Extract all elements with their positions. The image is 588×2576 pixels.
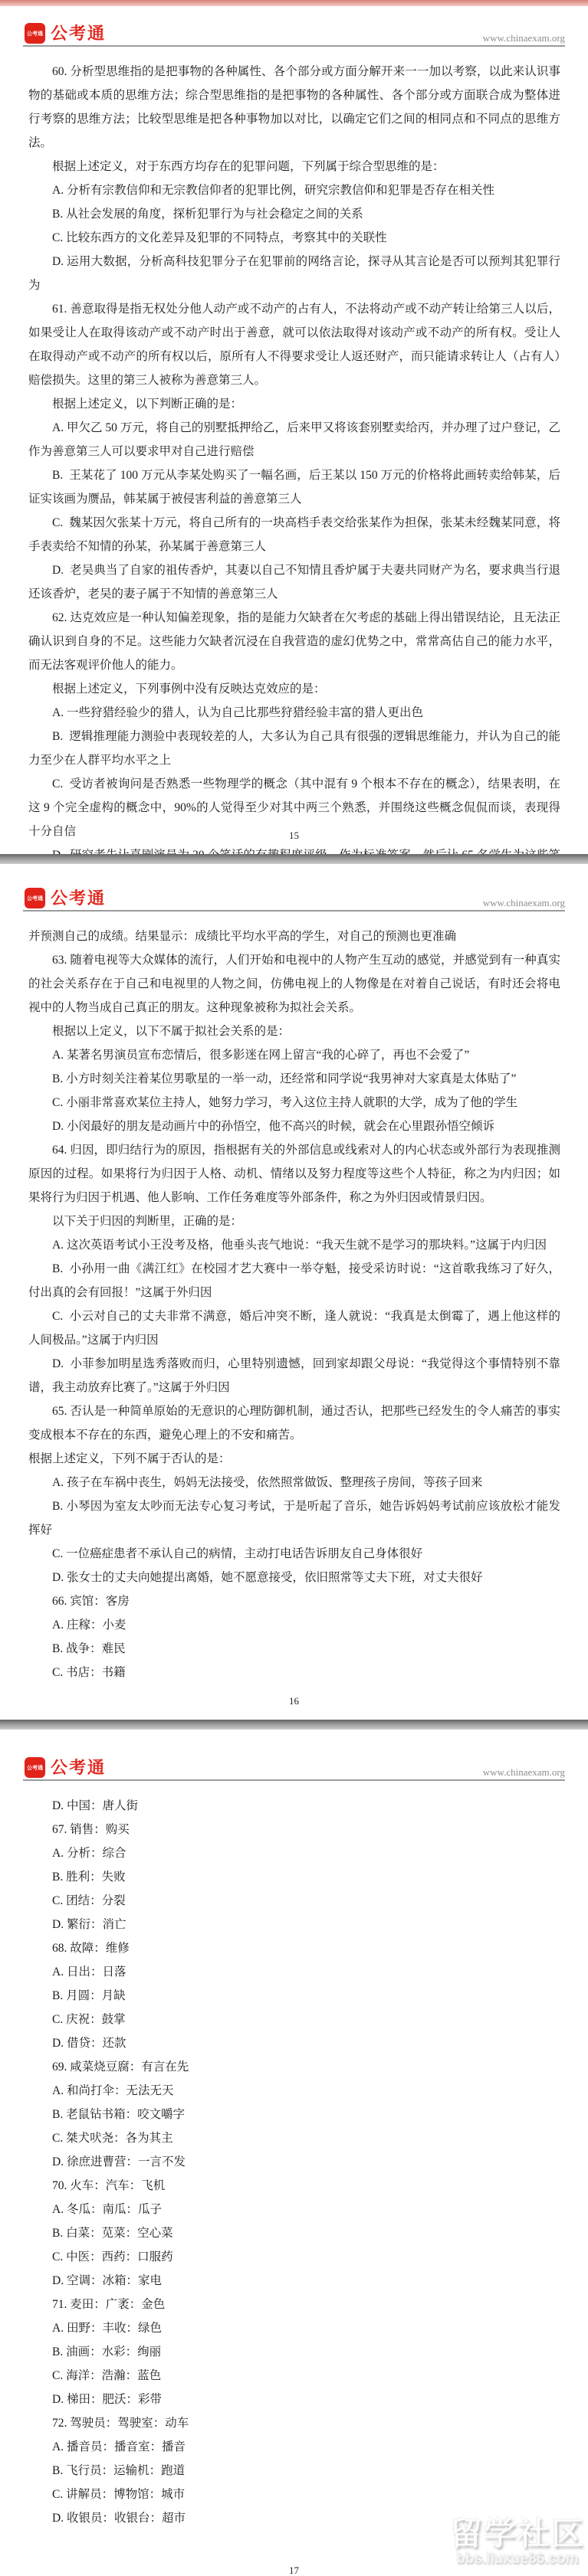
paragraph: C. 庆祝：鼓掌 (28, 2008, 560, 2031)
paragraph: C. 书店：书籍 (28, 1661, 560, 1684)
page-header: 公考通 公考通 www.chinaexam.org (23, 864, 565, 912)
paragraph: A. 日出：日落 (28, 1960, 560, 1984)
paragraph: 根据上述定义，对于东西方均存在的犯罪问题，下列属于综合型思维的是： (28, 155, 560, 178)
paragraph: B. 白菜：苋菜：空心菜 (28, 2221, 560, 2245)
site-logo: 公考通 公考通 (25, 1757, 106, 1778)
paragraph: B. 胜利：失败 (28, 1865, 560, 1889)
paragraph: 根据上述定义，下列事例中没有反映达克效应的是： (28, 677, 560, 701)
page-separator (0, 854, 588, 864)
paragraph: C. 团结：分裂 (28, 1889, 560, 1913)
paragraph: 64. 归因，即归结行为的原因，指根据有关的外部信息或线索对人的内心状态或外部行… (28, 1138, 560, 1209)
paragraph: B. 逻辑推理能力测验中表现较差的人，大多认为自己具有很强的逻辑思维能力，并认为… (28, 725, 560, 772)
page-number: 15 (0, 830, 588, 842)
paragraph: 72. 驾驶员：驾驶室：动车 (28, 2411, 560, 2435)
paragraph: B. 王某花了 100 万元从李某处购买了一幅名画，后王某以 150 万元的价格… (28, 463, 560, 511)
paragraph: D. 空调：冰箱：家电 (28, 2269, 560, 2293)
paragraph: 69. 咸菜烧豆腐：有言在先 (28, 2055, 560, 2079)
paragraph: 68. 故障：维修 (28, 1936, 560, 1960)
paragraph: B. 月圆：月缺 (28, 1984, 560, 2008)
page-body-text: 并预测自己的成绩。结果显示：成绩比平均水平高的学生，对自己的预测也更准确63. … (28, 925, 560, 1684)
paragraph: 67. 销售：购买 (28, 1818, 560, 1841)
paragraph: 62. 达克效应是一种认知偏差现象，指的是能力欠缺者在欠考虑的基础上得出错误结论… (28, 606, 560, 677)
logo-wordmark: 公考通 (51, 1759, 106, 1776)
site-url: www.chinaexam.org (483, 32, 565, 44)
site-logo: 公考通 公考通 (25, 23, 106, 44)
paragraph: A. 和尚打伞：无法无天 (28, 2079, 560, 2103)
paragraph: B. 战争：难民 (28, 1637, 560, 1661)
paragraph: C. 中医：西药：口服药 (28, 2245, 560, 2269)
paragraph: D. 梯田：肥沃：彩带 (28, 2388, 560, 2411)
paragraph: D. 借贷：还款 (28, 2031, 560, 2055)
paragraph: B. 飞行员：运输机：跑道 (28, 2459, 560, 2483)
paragraph: A. 田野：丰收：绿色 (28, 2316, 560, 2340)
paragraph: A. 庄稼：小麦 (28, 1613, 560, 1637)
paragraph: C. 小云对自己的丈夫非常不满意，婚后冲突不断，逢人就说：“我真是太倒霉了，遇上… (28, 1304, 560, 1352)
paragraph: A. 分析：综合 (28, 1841, 560, 1865)
paragraph: 66. 宾馆：客房 (28, 1589, 560, 1613)
paragraph: 根据上述定义，下列不属于否认的是： (28, 1447, 560, 1471)
paragraph: A. 一些狩猎经验少的猎人，认为自己比那些狩猎经验丰富的猎人更出色 (28, 701, 560, 725)
page-separator (0, 1720, 588, 1730)
page-header: 公考通 公考通 www.chinaexam.org (23, 6, 565, 47)
page-number: 16 (0, 1695, 588, 1707)
document-page-15: 公考通 公考通 www.chinaexam.org 60. 分析型思维指的是把事… (0, 6, 588, 854)
paragraph: C. 魏某因欠张某十万元，将自己所有的一块高档手表交给张某作为担保，张某未经魏某… (28, 511, 560, 558)
site-url: www.chinaexam.org (483, 1766, 565, 1779)
paragraph: C. 桀犬吠尧：各为其主 (28, 2126, 560, 2150)
paragraph: D. 小闵最好的朋友是动画片中的孙悟空，他不高兴的时候，就会在心里跟孙悟空倾诉 (28, 1115, 560, 1138)
paragraph: A. 分析有宗教信仰和无宗教信仰者的犯罪比例，研究宗教信仰和犯罪是否存在相关性 (28, 178, 560, 202)
paragraph: B. 小方时刻关注着某位男歌星的一举一动，还经常和同学说“我男神对大家真是太体贴… (28, 1067, 560, 1091)
paragraph: A. 冬瓜：南瓜：瓜子 (28, 2198, 560, 2221)
paragraph: B. 油画：水彩：绚丽 (28, 2340, 560, 2364)
paragraph: D. 小菲参加明星选秀落败而归，心里特别遗憾，回到家却跟父母说：“我觉得这个事情… (28, 1352, 560, 1399)
paragraph: 71. 麦田：广袤：金色 (28, 2293, 560, 2316)
paragraph: D. 研究者先让喜剧演员为 30 个笑话的有趣程度评级，作为标准答案。然后让 6… (28, 843, 560, 854)
paragraph: 60. 分析型思维指的是把事物的各种属性、各个部分或方面分解开来一一加以考察，以… (28, 60, 560, 155)
paragraph: B. 小琴因为室友太吵而无法专心复习考试，于是听起了音乐，她告诉妈妈考试前应该放… (28, 1494, 560, 1542)
logo-badge-icon: 公考通 (25, 1757, 45, 1778)
paragraph: D. 繁衍：消亡 (28, 1913, 560, 1936)
paragraph: D. 徐庶进曹营：一言不发 (28, 2150, 560, 2174)
logo-wordmark: 公考通 (51, 890, 106, 907)
logo-badge-icon: 公考通 (25, 23, 45, 44)
paragraph: D. 收银员：收银台：超市 (28, 2506, 560, 2530)
paragraph: 61. 善意取得是指无权处分他人动产或不动产的占有人，不法将动产或不动产转让给第… (28, 297, 560, 392)
paragraph: 65. 否认是一种简单原始的无意识的心理防御机制，通过否认，把那些已经发生的令人… (28, 1399, 560, 1447)
document-page-17: 公考通 公考通 www.chinaexam.org D. 中国：唐人街67. 销… (0, 1730, 588, 2576)
paragraph: A. 孩子在车祸中丧生，妈妈无法接受，依然照常做饭、整理孩子房间，等孩子回来 (28, 1471, 560, 1494)
paragraph: 根据以上定义，以下不属于拟社会关系的是： (28, 1020, 560, 1043)
paragraph: A. 甲欠乙 50 万元，将自己的别墅抵押给乙，后来甲又将该套别墅卖给丙，并办理… (28, 416, 560, 463)
paragraph: C. 小丽非常喜欢某位主持人，她努力学习，考入这位主持人就职的大学，成为了他的学… (28, 1091, 560, 1115)
paragraph: 根据上述定义，以下判断正确的是： (28, 392, 560, 416)
paragraph: B. 老鼠钻书箱：咬文嚼字 (28, 2103, 560, 2126)
paragraph: D. 运用大数据，分析高科技犯罪分子在犯罪前的网络言论，探寻从其言论是否可以预判… (28, 250, 560, 297)
paragraph: C. 比较东西方的文化差异及犯罪的不同特点，考察其中的关联性 (28, 226, 560, 250)
paragraph: 63. 随着电视等大众媒体的流行，人们开始和电视中的人物产生互动的感觉，并感觉到… (28, 948, 560, 1020)
paragraph: A. 播音员：播音室：播音 (28, 2435, 560, 2459)
paragraph: A. 某著名男演员宣布恋情后，很多影迷在网上留言“我的心碎了，再也不会爱了” (28, 1043, 560, 1067)
document-page-16: 公考通 公考通 www.chinaexam.org 并预测自己的成绩。结果显示：… (0, 864, 588, 1720)
top-edge-bar (0, 0, 588, 6)
paragraph: 并预测自己的成绩。结果显示：成绩比平均水平高的学生，对自己的预测也更准确 (28, 925, 560, 948)
paragraph: C. 一位癌症患者不承认自己的病情，主动打电话告诉朋友自己身体很好 (28, 1542, 560, 1566)
logo-wordmark: 公考通 (51, 25, 106, 42)
paragraph: B. 从社会发展的角度，探析犯罪行为与社会稳定之间的关系 (28, 202, 560, 226)
paragraph: D. 中国：唐人街 (28, 1794, 560, 1818)
page-body-text: D. 中国：唐人街67. 销售：购买A. 分析：综合B. 胜利：失败C. 团结：… (28, 1794, 560, 2530)
paragraph: 70. 火车：汽车：飞机 (28, 2174, 560, 2198)
document-viewer: { "site": { "logo_badge": "公考通", "logo_t… (0, 0, 588, 2576)
paragraph: D. 张女士的丈夫向她提出离婚，她不愿意接受，依旧照常等丈夫下班，对丈夫很好 (28, 1566, 560, 1589)
page-number: 17 (0, 2565, 588, 2576)
site-url: www.chinaexam.org (483, 897, 565, 909)
paragraph: C. 海洋：浩瀚：蓝色 (28, 2364, 560, 2388)
paragraph: D. 老吴典当了自家的祖传香炉，其妻以自己不知情且香炉属于夫妻共同财产为名，要求… (28, 558, 560, 606)
paragraph: B. 小孙用一曲《满江红》在校园才艺大赛中一举夺魁，接受采访时说：“这首歌我练习… (28, 1257, 560, 1304)
paragraph: C. 讲解员：博物馆：城市 (28, 2483, 560, 2506)
page-body-text: 60. 分析型思维指的是把事物的各种属性、各个部分或方面分解开来一一加以考察，以… (28, 60, 560, 854)
paragraph: 以下关于归因的判断里，正确的是： (28, 1209, 560, 1233)
paragraph: A. 这次英语考试小王没考及格，他垂头丧气地说：“我天生就不是学习的那块料。”这… (28, 1233, 560, 1257)
site-logo: 公考通 公考通 (25, 888, 106, 908)
logo-badge-icon: 公考通 (25, 888, 45, 908)
page-header: 公考通 公考通 www.chinaexam.org (23, 1730, 565, 1781)
